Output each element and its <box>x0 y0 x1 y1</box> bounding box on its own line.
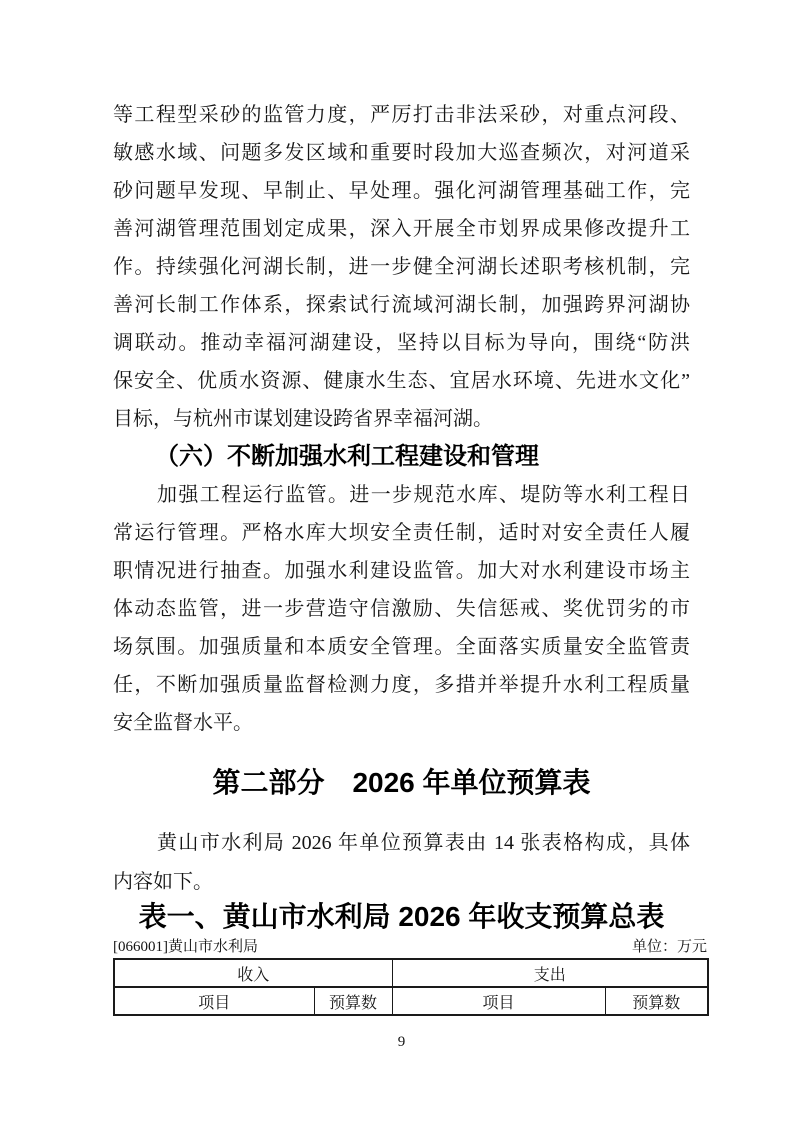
body-paragraph-intro: 黄山市水利局 2026 年单位预算表由 14 张表格构成，具体 内容如下。 <box>113 824 690 902</box>
expense-budget-header: 预算数 <box>605 987 708 1015</box>
part-heading-title: 2026 年单位预算表 <box>352 767 590 798</box>
table-column-header-row: 项目 预算数 项目 预算数 <box>114 987 708 1015</box>
body-text-line: 任，不断加强质量监督检测力度，多措并举提升水利工程质量 <box>113 666 690 704</box>
body-text-line: 常运行管理。严格水库大坝安全责任制，适时对安全责任人履 <box>113 514 690 552</box>
unit-label: 单位：万元 <box>632 938 707 956</box>
body-paragraph-engineering: 加强工程运行监管。进一步规范水库、堤防等水利工程日 常运行管理。严格水库大坝安全… <box>113 476 690 742</box>
part-heading-prefix: 第二部分 <box>212 767 324 798</box>
body-text-line: 砂问题早发现、早制止、早处理。强化河湖管理基础工作，完 <box>113 172 690 210</box>
budget-summary-table: 收入 支出 项目 预算数 项目 预算数 <box>113 958 709 1016</box>
body-text-line: 内容如下。 <box>113 863 690 902</box>
expense-item-header: 项目 <box>392 987 605 1015</box>
body-text-line: 保安全、优质水资源、健康水生态、宜居水环境、先进水文化” <box>113 362 690 400</box>
body-text-line: 作。持续强化河湖长制，进一步健全河湖长述职考核机制，完 <box>113 248 690 286</box>
page-number: 9 <box>113 1032 690 1052</box>
body-text-line: 体动态监管，进一步营造守信激励、失信惩戒、奖优罚劣的市 <box>113 590 690 628</box>
budget-table-block: [066001]黄山市水利局 单位：万元 收入 支出 项目 预算数 项目 <box>113 938 707 1016</box>
body-text-line: 调联动。推动幸福河湖建设，坚持以目标为导向，围绕“防洪 <box>113 324 690 362</box>
document-page: 等工程型采砂的监管力度，严厉打击非法采砂，对重点河段、 敏感水域、问题多发区域和… <box>0 0 793 1122</box>
part-heading: 第二部分2026 年单位预算表 <box>113 764 690 802</box>
body-paragraph-continuation: 等工程型采砂的监管力度，严厉打击非法采砂，对重点河段、 敏感水域、问题多发区域和… <box>113 96 690 438</box>
body-text-line: 等工程型采砂的监管力度，严厉打击非法采砂，对重点河段、 <box>113 96 690 134</box>
table-group-header-row: 收入 支出 <box>114 959 708 987</box>
body-text-line: 加强工程运行监管。进一步规范水库、堤防等水利工程日 <box>113 476 690 514</box>
income-budget-header: 预算数 <box>314 987 392 1015</box>
body-text-line: 目标，与杭州市谋划建设跨省界幸福河湖。 <box>113 400 690 438</box>
org-code-label: [066001]黄山市水利局 <box>113 938 258 956</box>
table-title: 表一、黄山市水利局 2026 年收支预算总表 <box>113 902 690 932</box>
income-item-header: 项目 <box>114 987 314 1015</box>
body-text-line: 场氛围。加强质量和本质安全管理。全面落实质量安全监管责 <box>113 628 690 666</box>
body-text-line: 职情况进行抽查。加强水利建设监管。加大对水利建设市场主 <box>113 552 690 590</box>
page-content: 等工程型采砂的监管力度，严厉打击非法采砂，对重点河段、 敏感水域、问题多发区域和… <box>0 0 793 1052</box>
section-heading: （六）不断加强水利工程建设和管理 <box>113 438 690 476</box>
body-text-line: 敏感水域、问题多发区域和重要时段加大巡查频次，对河道采 <box>113 134 690 172</box>
body-text-line: 安全监督水平。 <box>113 704 690 742</box>
body-text-line: 黄山市水利局 2026 年单位预算表由 14 张表格构成，具体 <box>113 824 690 863</box>
expense-header-cell: 支出 <box>392 959 708 987</box>
body-text-line: 善河长制工作体系，探索试行流域河湖长制，加强跨界河湖协 <box>113 286 690 324</box>
table-meta-row: [066001]黄山市水利局 单位：万元 <box>113 938 707 956</box>
body-text-line: 善河湖管理范围划定成果，深入开展全市划界成果修改提升工 <box>113 210 690 248</box>
income-header-cell: 收入 <box>114 959 392 987</box>
